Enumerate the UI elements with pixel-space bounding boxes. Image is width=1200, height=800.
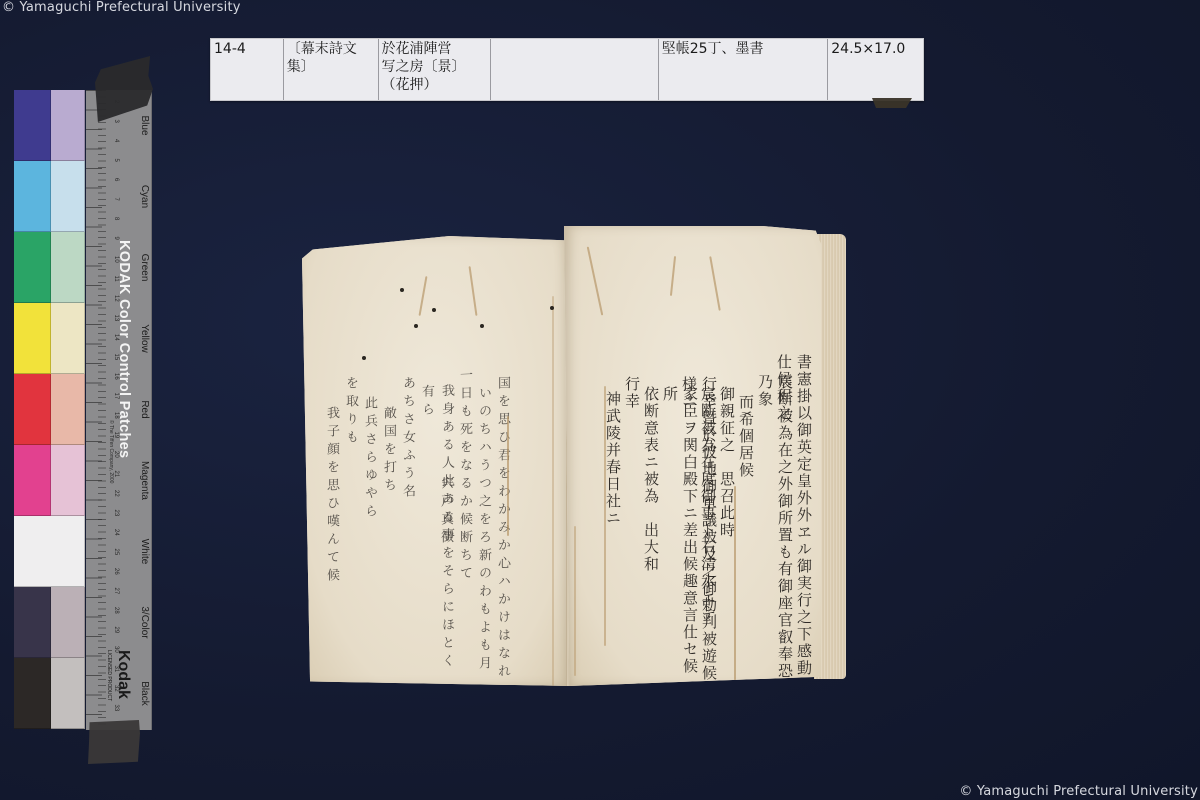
patch-label: Yellow [132, 303, 150, 374]
color-patch-yellow-light [51, 303, 85, 374]
manuscript-column: 此兵さらゆやら [359, 396, 379, 523]
color-patch-green [14, 232, 51, 303]
ruler-number: 22 [113, 490, 119, 497]
color-patch-cyan [14, 161, 51, 232]
ruler-number: 25 [113, 549, 119, 556]
patch-label: Black [132, 658, 150, 729]
open-manuscript-book: 国を思ひ君をわかみか心ハかけはなれいのちハうつ之をろ新のわもよも月一日も死をなる… [298, 212, 848, 692]
color-patch-red [14, 374, 51, 445]
patch-label: Green [132, 232, 150, 303]
ruler-number: 12 [113, 295, 119, 302]
ruler-number: 19 [113, 432, 119, 439]
tape-label-right [872, 98, 912, 108]
ruler-number: 7 [113, 198, 119, 201]
ruler-number: 15 [113, 354, 119, 361]
color-patch-3-color [14, 587, 51, 658]
color-patch-green-light [51, 232, 85, 303]
manuscript-column: 依断意表ニ被為 出大和 [641, 386, 661, 573]
label-title: 〔幕末詩文 集〕 [284, 39, 379, 100]
patch-label: Magenta [132, 445, 150, 516]
color-patch-blue-light [51, 90, 85, 161]
ruler-number: 30 [113, 646, 119, 653]
ruler-number: 20 [113, 451, 119, 458]
ruler-number: 10 [113, 256, 119, 263]
ruler-number: 8 [113, 217, 119, 220]
ruler-number: 4 [113, 139, 119, 142]
patch-label: Cyan [132, 161, 150, 232]
ruler-number: 24 [113, 529, 119, 536]
label-dimensions: 24.5×17.0 [828, 39, 923, 100]
manuscript-column: いのちハうつ之をろ新のわもよも月 [473, 386, 493, 675]
color-patch-black-light [51, 658, 85, 729]
manuscript-column: 而希個居候 [736, 394, 756, 479]
label-format: 堅帳25丁、墨書 [659, 39, 829, 100]
patch-label: Red [132, 374, 150, 445]
ruler-number: 21 [113, 471, 119, 478]
color-patch-blue [14, 90, 51, 161]
patch-label: 3/Color [132, 587, 150, 658]
color-patch-red-light [51, 374, 85, 445]
manuscript-column: 国を思ひ君をわかみか心ハかけはなれ [492, 376, 512, 683]
manuscript-column: 敵国を打ち [378, 406, 398, 497]
catalog-label: 14-4 〔幕末詩文 集〕 於花浦陣営 写之房〔景〕 （花押） 堅帳25丁、墨書… [210, 38, 924, 101]
color-patch-black [14, 658, 51, 729]
manuscript-column: 家臣ヲ関白殿下ニ差出候趣意言仕セ候所 [660, 386, 700, 686]
ruler-cm-ticks [86, 90, 102, 730]
manuscript-column: 神武陵并春日社ニ [603, 391, 623, 527]
label-catalog-number: 14-4 [211, 39, 284, 100]
manuscript-column: あちさ女ふう名 [397, 376, 417, 503]
ruler-number: 3 [113, 120, 119, 123]
color-patch-cyan-light [51, 161, 85, 232]
manuscript-column: 我子顔を思ひ嘆んて候 [321, 406, 341, 587]
ruler: BlueCyanGreenYellowRedMagentaWhite3/Colo… [86, 90, 152, 730]
ruler-number: 11 [113, 276, 119, 282]
manuscript-column: を取りも [340, 376, 360, 449]
ruler-cm-numbers: 2345678910111213141516171819202122232425… [109, 90, 119, 730]
label-author: 於花浦陣営 写之房〔景〕 （花押） [379, 39, 492, 100]
ruler-number: 23 [113, 510, 119, 517]
color-patch-white-light [51, 516, 85, 587]
ruler-number: 31 [113, 666, 119, 673]
right-page: 書憲掛以御英定皇外外ヱル御実行之下感動仕候程之宸断被為在之外御所置も有御座官叡奉… [564, 226, 829, 686]
ruler-number: 16 [113, 373, 119, 380]
tape-bottom [88, 720, 140, 764]
ruler-number: 28 [113, 607, 119, 614]
color-patch-magenta-light [51, 445, 85, 516]
ruler-number: 32 [113, 685, 119, 692]
ruler-number: 29 [113, 627, 119, 634]
copyright-watermark-bottom: © Yamaguchi Prefectural University [959, 784, 1198, 799]
color-patch-white [14, 516, 51, 587]
color-patch-magenta [14, 445, 51, 516]
patch-label: White [132, 516, 150, 587]
patch-labels: BlueCyanGreenYellowRedMagentaWhite3/Colo… [132, 90, 150, 730]
ruler-number: 14 [113, 334, 119, 341]
ruler-number: 6 [113, 178, 119, 181]
manuscript-column: 我身ある人此ある事をそらにほとく有ら [416, 383, 456, 686]
left-page: 国を思ひ君をわかみか心ハかけはなれいのちハうつ之をろ新のわもよも月一日も死をなる… [302, 236, 570, 686]
ruler-number: 5 [113, 159, 119, 162]
label-date [491, 39, 659, 100]
color-patch-yellow [14, 303, 51, 374]
ruler-number: 9 [113, 237, 119, 240]
ruler-number: 26 [113, 568, 119, 575]
manuscript-column: 宸断被為在之外御所置も有御座官叡奉恐乃象 [755, 374, 795, 686]
color-patch-3-color-light [51, 587, 85, 658]
copyright-watermark-top: © Yamaguchi Prefectural University [2, 0, 241, 15]
ruler-number: 13 [113, 315, 119, 322]
manuscript-column: 一日も死をなるか候断ちて [454, 368, 474, 585]
ruler-number: 33 [113, 705, 119, 712]
ruler-number: 17 [113, 393, 119, 400]
secondary-patch-column [51, 90, 85, 729]
primary-patch-column [14, 90, 51, 729]
ruler-number: 27 [113, 588, 119, 595]
manuscript-column: 行幸 [622, 376, 642, 410]
ruler-number: 18 [113, 412, 119, 419]
kodak-color-chart: BlueCyanGreenYellowRedMagentaWhite3/Colo… [14, 90, 152, 730]
